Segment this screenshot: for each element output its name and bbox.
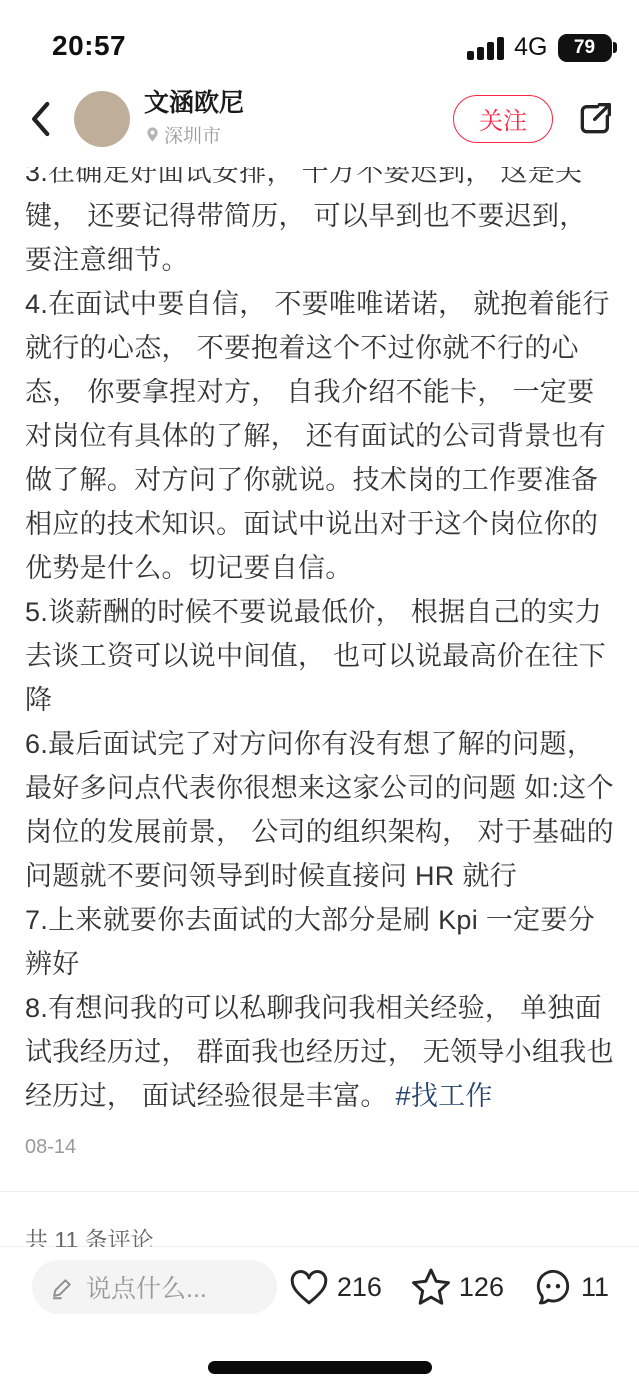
post-header: 文涵欧尼 深圳市 关注	[0, 70, 639, 167]
pencil-icon	[50, 1274, 76, 1300]
network-type-label: 4G	[514, 33, 547, 62]
comment-compose-input[interactable]: 说点什么...	[32, 1260, 277, 1314]
share-button[interactable]	[573, 97, 617, 141]
comments-button[interactable]: 11	[532, 1267, 609, 1308]
post-paragraph: 3.在确定好面试安排， 千万不要迟到， 这是关键， 还要记得带简历， 可以早到也…	[25, 167, 616, 282]
username[interactable]: 文涵欧尼	[144, 89, 244, 118]
battery-nub	[613, 42, 617, 53]
home-indicator[interactable]	[208, 1361, 432, 1374]
battery-percentage: 79	[558, 34, 612, 62]
post-paragraph: 6.最后面试完了对方问你有没有想了解的问题， 最好多问点代表你很想来这家公司的问…	[25, 722, 616, 898]
location-label: 深圳市	[164, 121, 221, 148]
post-paragraph: 4.在面试中要自信， 不要唯唯诺诺， 就抱着能行就行的心态， 不要抱着这个不过你…	[25, 282, 616, 590]
clock: 20:57	[52, 30, 126, 62]
post-paragraph: 5.谈薪酬的时候不要说最低价， 根据自己的实力去谈工资可以说中间值， 也可以说最…	[25, 590, 616, 722]
share-icon	[575, 99, 615, 139]
post-body: 3.在确定好面试安排， 千万不要迟到， 这是关键， 还要记得带简历， 可以早到也…	[0, 167, 639, 1118]
signal-strength-icon	[467, 36, 504, 60]
status-bar: 20:57 4G 79	[0, 0, 639, 70]
collect-button[interactable]: 126	[410, 1267, 504, 1308]
user-meta: 文涵欧尼 深圳市	[144, 89, 244, 149]
comment-bubble-icon	[532, 1267, 574, 1308]
comment-count: 11	[581, 1272, 609, 1303]
location: 深圳市	[144, 121, 244, 148]
location-pin-icon	[144, 126, 161, 143]
collect-count: 126	[459, 1272, 504, 1303]
engagement-actions: 216 126 11	[288, 1260, 609, 1314]
star-icon	[410, 1267, 452, 1308]
heart-icon	[288, 1267, 330, 1307]
post-paragraph-text: 8.有想问我的可以私聊我问我相关经验， 单独面试我经历过， 群面我也经历过， 无…	[25, 993, 614, 1111]
post-date: 08-14	[0, 1136, 639, 1159]
follow-button[interactable]: 关注	[453, 95, 553, 143]
battery-icon: 79	[558, 34, 618, 62]
chevron-left-icon	[26, 99, 56, 139]
back-button[interactable]	[26, 97, 60, 141]
compose-placeholder: 说点什么...	[86, 1269, 207, 1305]
status-right: 4G 79	[467, 33, 617, 62]
like-button[interactable]: 216	[288, 1267, 382, 1307]
section-divider	[0, 1191, 639, 1192]
avatar[interactable]	[74, 91, 130, 147]
like-count: 216	[337, 1272, 382, 1303]
post-paragraph: 7.上来就要你去面试的大部分是刷 Kpi 一定要分辨好	[25, 898, 616, 986]
post-content-scroll[interactable]: 3.在确定好面试安排， 千万不要迟到， 这是关键， 还要记得带简历， 可以早到也…	[0, 167, 639, 1385]
post-paragraph: 8.有想问我的可以私聊我问我相关经验， 单独面试我经历过， 群面我也经历过， 无…	[25, 986, 616, 1118]
app-screen: 20:57 4G 79 文涵欧尼 深圳市	[0, 0, 639, 1385]
hashtag-link[interactable]: #找工作	[396, 1081, 493, 1111]
